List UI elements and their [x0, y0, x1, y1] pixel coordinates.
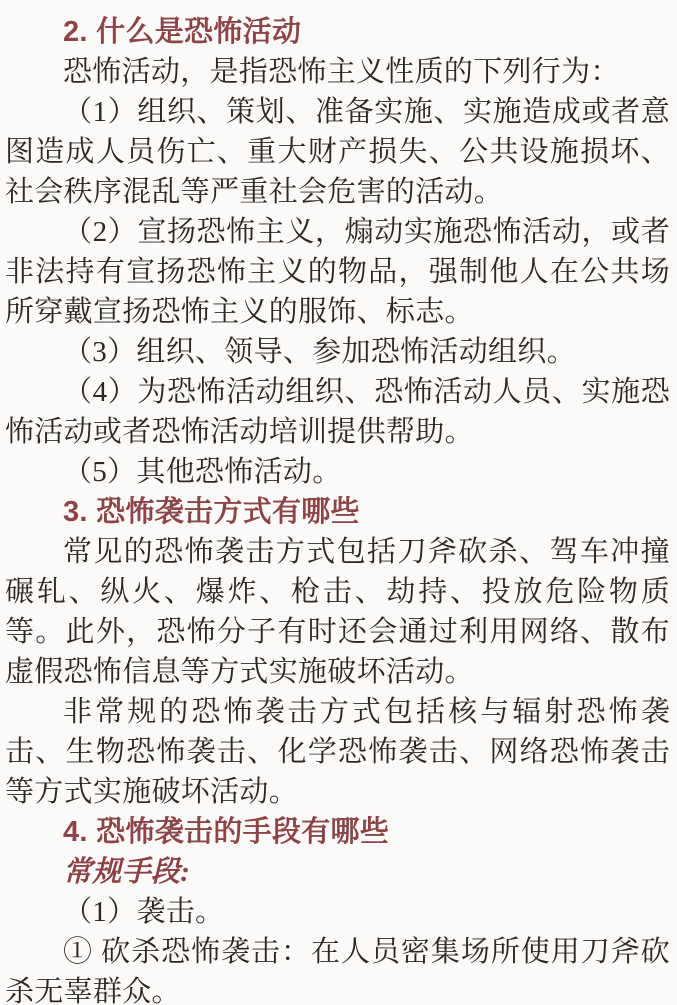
paragraph-item-3: （3）组织、领导、参加恐怖活动组织。 [5, 332, 670, 372]
paragraph-item-1: （1）组织、策划、准备实施、实施造成或者意图造成人员伤亡、重大财产损失、公共设施… [5, 92, 670, 212]
paragraph-common-attack-methods: 常见的恐怖袭击方式包括刀斧砍杀、驾车冲撞碾轧、纵火、爆炸、枪击、劫持、投放危险物… [5, 532, 670, 692]
paragraph-means-item-1: （1）袭击。 [5, 892, 670, 932]
subheading-conventional-means: 常规手段: [5, 852, 670, 892]
paragraph-item-5: （5）其他恐怖活动。 [5, 452, 670, 492]
paragraph-item-2: （2）宣扬恐怖主义，煽动实施恐怖活动，或者非法持有宣扬恐怖主义的物品，强制他人在… [5, 212, 670, 332]
document-page: 2. 什么是恐怖活动 恐怖活动，是指恐怖主义性质的下列行为： （1）组织、策划、… [0, 0, 677, 1005]
section-heading-what-is-terrorist-activity: 2. 什么是恐怖活动 [5, 12, 670, 52]
paragraph-item-4: （4）为恐怖活动组织、恐怖活动人员、实施恐怖活动或者恐怖活动培训提供帮助。 [5, 372, 670, 452]
paragraph-unconventional-attack-methods: 非常规的恐怖袭击方式包括核与辐射恐怖袭击、生物恐怖袭击、化学恐怖袭击、网络恐怖袭… [5, 692, 670, 812]
paragraph-definition-intro: 恐怖活动，是指恐怖主义性质的下列行为： [5, 52, 670, 92]
paragraph-means-chopping-attack: ① 砍杀恐怖袭击：在人员密集场所使用刀斧砍杀无辜群众。 [5, 932, 670, 1005]
section-heading-attack-methods: 3. 恐怖袭击方式有哪些 [5, 492, 670, 532]
section-heading-attack-means: 4. 恐怖袭击的手段有哪些 [5, 812, 670, 852]
